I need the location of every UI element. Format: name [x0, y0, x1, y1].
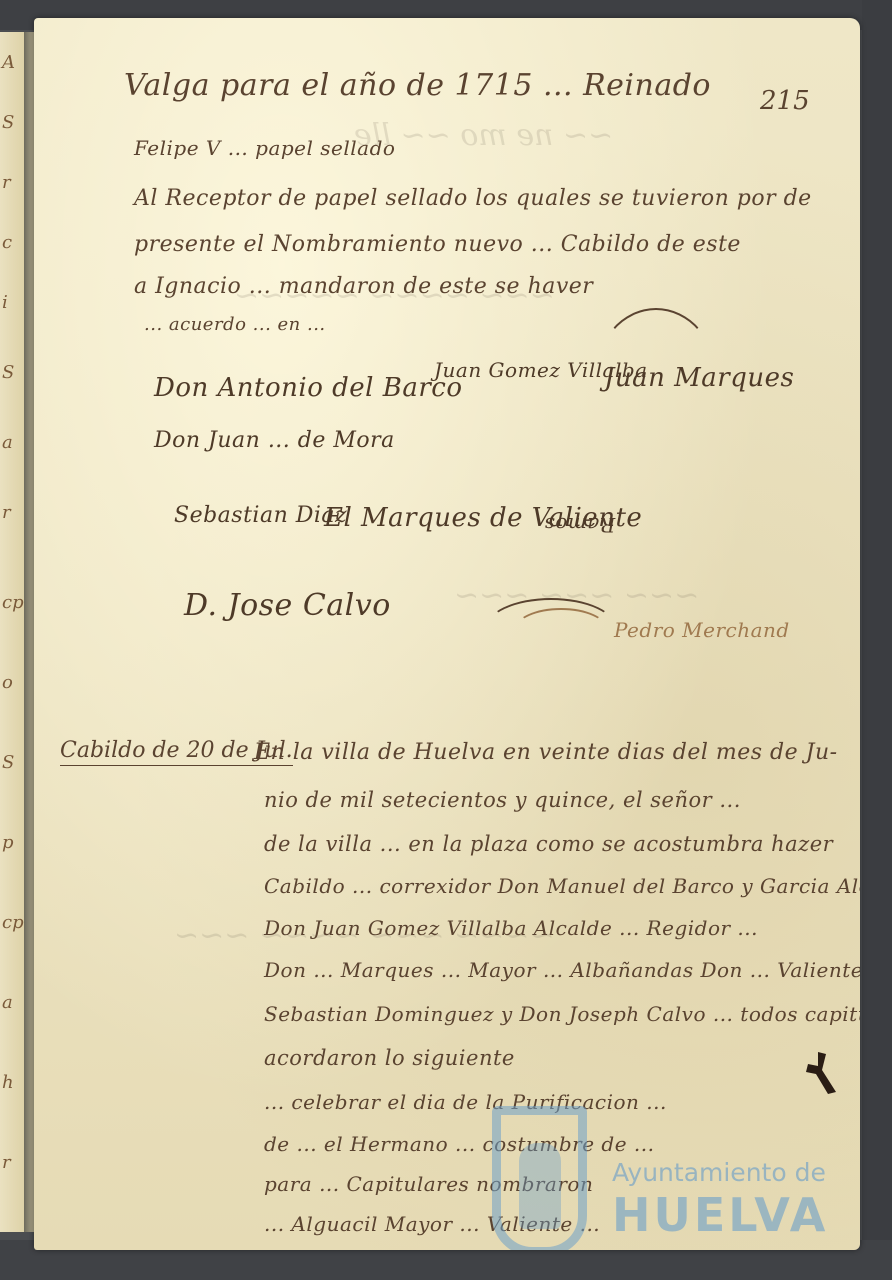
rubric-flourish [514, 608, 608, 652]
adjacent-page-edge: A S r c i S a r cp o S p cp a h r [0, 32, 26, 1232]
header-line: a Ignacio ... mandaron de este se haver [134, 274, 593, 299]
body-line: ... Alguacil Mayor ... Valiente ... [264, 1212, 600, 1236]
scanner-background-right [862, 0, 892, 1280]
left-page-fragment: r [2, 1152, 11, 1173]
left-page-fragment: c [2, 232, 12, 253]
body-line: Sebastian Dominguez y Don Joseph Calvo .… [264, 1002, 860, 1026]
body-line: nio de mil setecientos y quince, el seño… [264, 788, 741, 812]
folio-number: 215 [760, 86, 810, 116]
watermark-line-1: Ayuntamiento de [612, 1158, 826, 1187]
body-line: de ... el Hermano ... costumbre de ... [264, 1132, 654, 1156]
signature: D. Jose Calvo [184, 588, 391, 623]
left-page-fragment: S [2, 362, 14, 383]
body-line: para ... Capitulares nombraron [264, 1172, 593, 1196]
rubric-flourish [594, 308, 718, 452]
left-page-fragment: r [2, 172, 11, 193]
left-page-fragment: A [2, 52, 15, 73]
left-page-fragment: i [2, 292, 8, 313]
header-line: Felipe V ... papel sellado [134, 136, 395, 160]
header-line: presente el Nombramiento nuevo ... Cabil… [134, 232, 741, 257]
left-page-fragment: S [2, 112, 14, 133]
body-line: Cabildo ... correxidor Don Manuel del Ba… [264, 874, 860, 898]
body-line: Don Juan Gomez Villalba Alcalde ... Regi… [264, 916, 758, 940]
left-page-fragment: p [2, 832, 14, 853]
ink-blot-mark [800, 1048, 840, 1098]
body-line: ... celebrar el dia de la Purificacion .… [264, 1090, 667, 1114]
left-page-fragment: h [2, 1072, 14, 1093]
body-line: Don ... Marques ... Mayor ... Albañandas… [264, 958, 860, 982]
header-line: Valga para el año de 1715 ... Reinado [124, 68, 711, 103]
header-line: ... acuerdo ... en ... [144, 314, 326, 335]
body-line: acordaron lo siguiente [264, 1046, 515, 1070]
left-page-fragment: cp [2, 912, 24, 933]
body-line: En la villa de Huelva en veinte dias del… [254, 740, 838, 765]
left-page-fragment: cp [2, 592, 24, 613]
left-page-fragment: a [2, 992, 13, 1013]
left-page-fragment: a [2, 432, 13, 453]
signature: Pedro Merchand [614, 618, 790, 642]
watermark-line-2: HUELVA [612, 1188, 828, 1242]
manuscript-page: ~~ ne mo ~~ lle ~~~ ~~~~ ~~~~~ ~~~ ~~~ ~… [34, 18, 860, 1250]
header-line: Al Receptor de papel sellado los quales … [134, 186, 812, 211]
body-line: de la villa ... en la plaza como se acos… [264, 832, 833, 856]
signature: Don Juan ... de Mora [154, 428, 395, 453]
signature: Don Antonio del Barco [154, 373, 462, 403]
left-page-fragment: S [2, 752, 14, 773]
signature: Sebastian Diaz [174, 503, 347, 528]
left-page-fragment: r [2, 502, 11, 523]
signature: Ramos [544, 513, 615, 537]
left-page-fragment: o [2, 672, 13, 693]
